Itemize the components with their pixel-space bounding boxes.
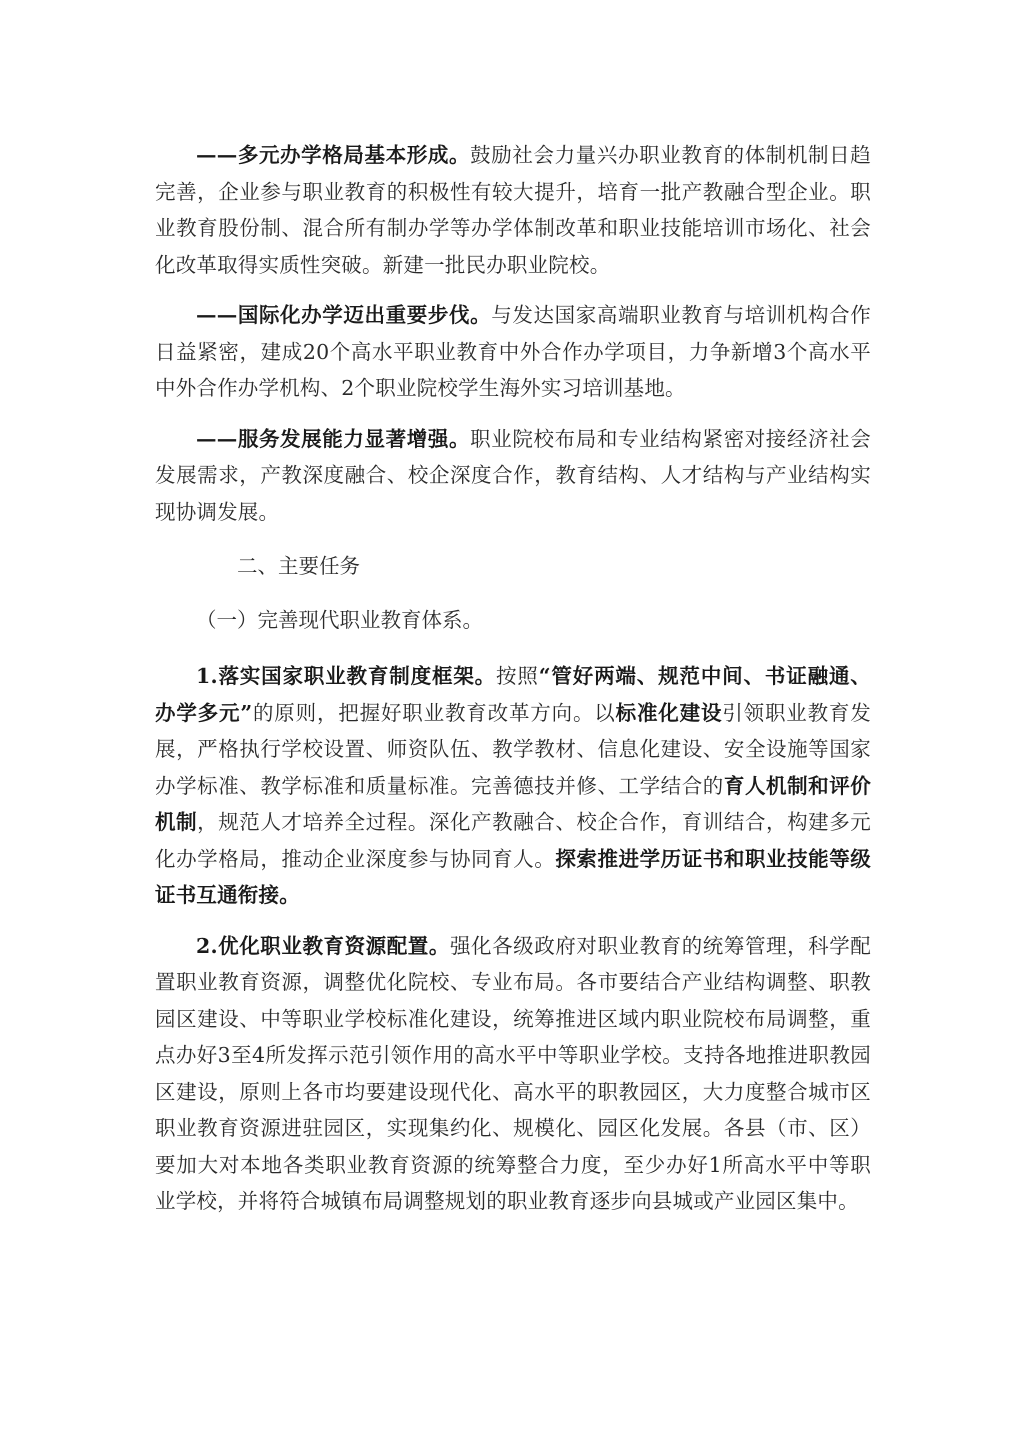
- text-segment: 的原则，把握好职业教育改革方向。以: [252, 701, 615, 725]
- item-1-paragraph: 1.落实国家职业教育制度框架。按照“管好两端、规范中间、书证融通、办学多元”的原…: [155, 658, 871, 914]
- paragraph-service-capacity: ——服务发展能力显著增强。职业院校布局和专业结构紧密对接经济社会发展需求，产教深…: [155, 421, 871, 531]
- paragraph-lead: ——服务发展能力显著增强。: [196, 427, 470, 451]
- text-segment: 按照: [496, 664, 539, 688]
- paragraph-lead: ——国际化办学迈出重要步伐。: [196, 303, 491, 327]
- item-title: 1.落实国家职业教育制度框架。: [196, 664, 496, 688]
- section-heading: 二、主要任务: [155, 548, 871, 584]
- paragraph-internationalization: ——国际化办学迈出重要步伐。与发达国家高端职业教育与培训机构合作日益紧密，建成2…: [155, 297, 871, 407]
- emphasis-segment: 标准化建设: [616, 701, 723, 725]
- document-page: ——多元办学格局基本形成。鼓励社会力量兴办职业教育的体制机制日趋完善，企业参与职…: [155, 137, 871, 1234]
- item-title: 2.优化职业教育资源配置。: [196, 934, 450, 958]
- paragraph-diversified-schooling: ——多元办学格局基本形成。鼓励社会力量兴办职业教育的体制机制日趋完善，企业参与职…: [155, 137, 871, 283]
- item-2-paragraph: 2.优化职业教育资源配置。强化各级政府对职业教育的统筹管理，科学配置职业教育资源…: [155, 928, 871, 1220]
- text-segment: 强化各级政府对职业教育的统筹管理，科学配置职业教育资源，调整优化院校、专业布局。…: [155, 934, 871, 1214]
- subsection-heading: （一）完善现代职业教育体系。: [155, 602, 871, 638]
- paragraph-lead: ——多元办学格局基本形成。: [196, 143, 470, 167]
